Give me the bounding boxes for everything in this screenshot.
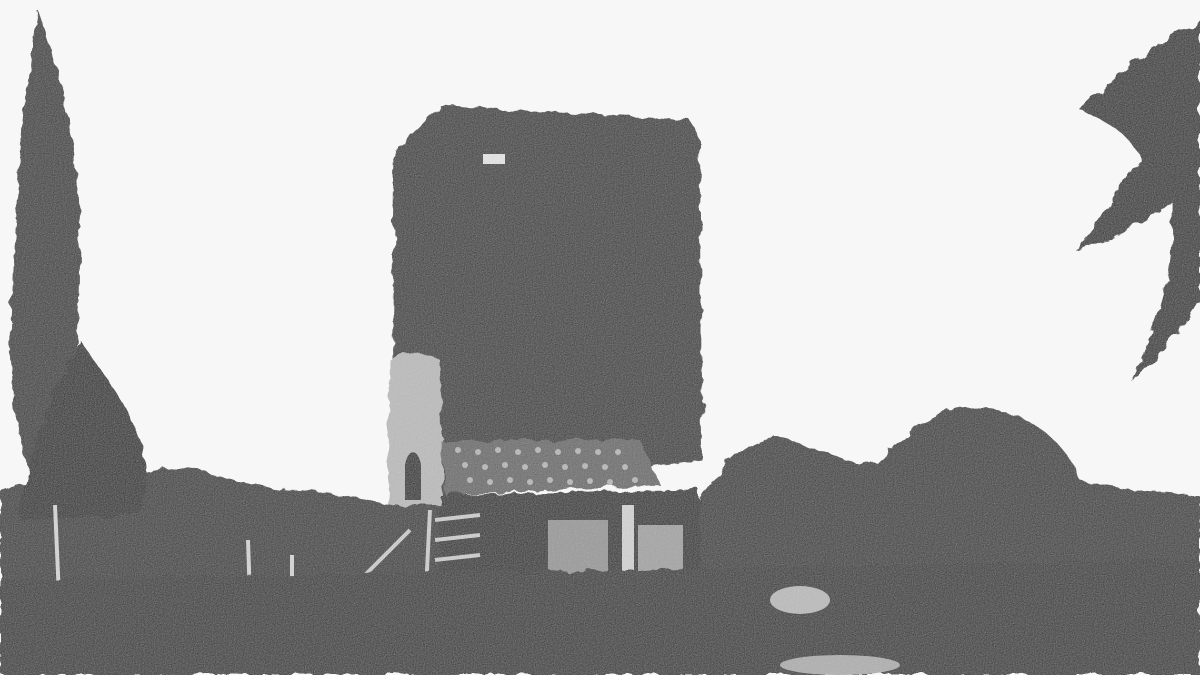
- grass-highlight: [780, 655, 900, 675]
- shed-light-panel: [548, 520, 608, 575]
- tower-window: [483, 154, 505, 164]
- foreground-grass: [0, 560, 1200, 675]
- photograph: [0, 0, 1200, 675]
- grass-highlight: [770, 586, 830, 614]
- photo-scene: [0, 0, 1200, 675]
- tower-doorway: [405, 452, 421, 500]
